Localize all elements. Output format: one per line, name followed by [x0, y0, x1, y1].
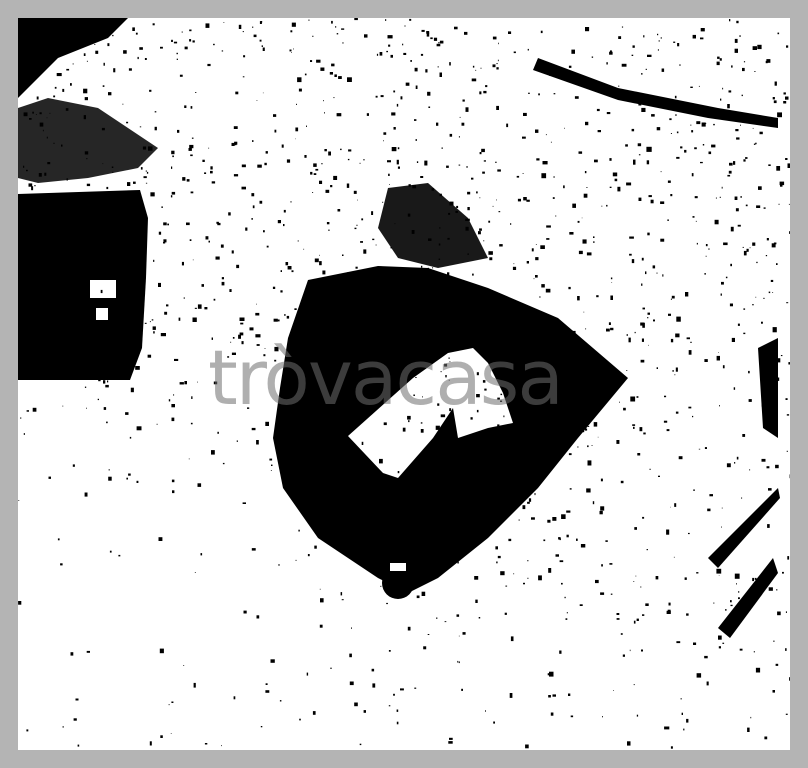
- streak: [718, 558, 778, 638]
- aerial-photo-canvas: [18, 18, 790, 750]
- building-shadow: [378, 183, 488, 268]
- image-frame: tròvacasa: [0, 0, 808, 768]
- terrain-dark-patch: [18, 98, 158, 183]
- aerial-photo: tròvacasa: [18, 18, 790, 750]
- dark-rectangle: [18, 190, 148, 380]
- streak: [708, 488, 780, 568]
- terrain-dark-patch: [18, 18, 128, 98]
- streak: [533, 58, 778, 128]
- light-spot: [90, 280, 116, 298]
- light-spot: [96, 308, 108, 320]
- streak: [758, 338, 778, 438]
- round-object: [382, 567, 414, 599]
- light-spot: [390, 563, 406, 571]
